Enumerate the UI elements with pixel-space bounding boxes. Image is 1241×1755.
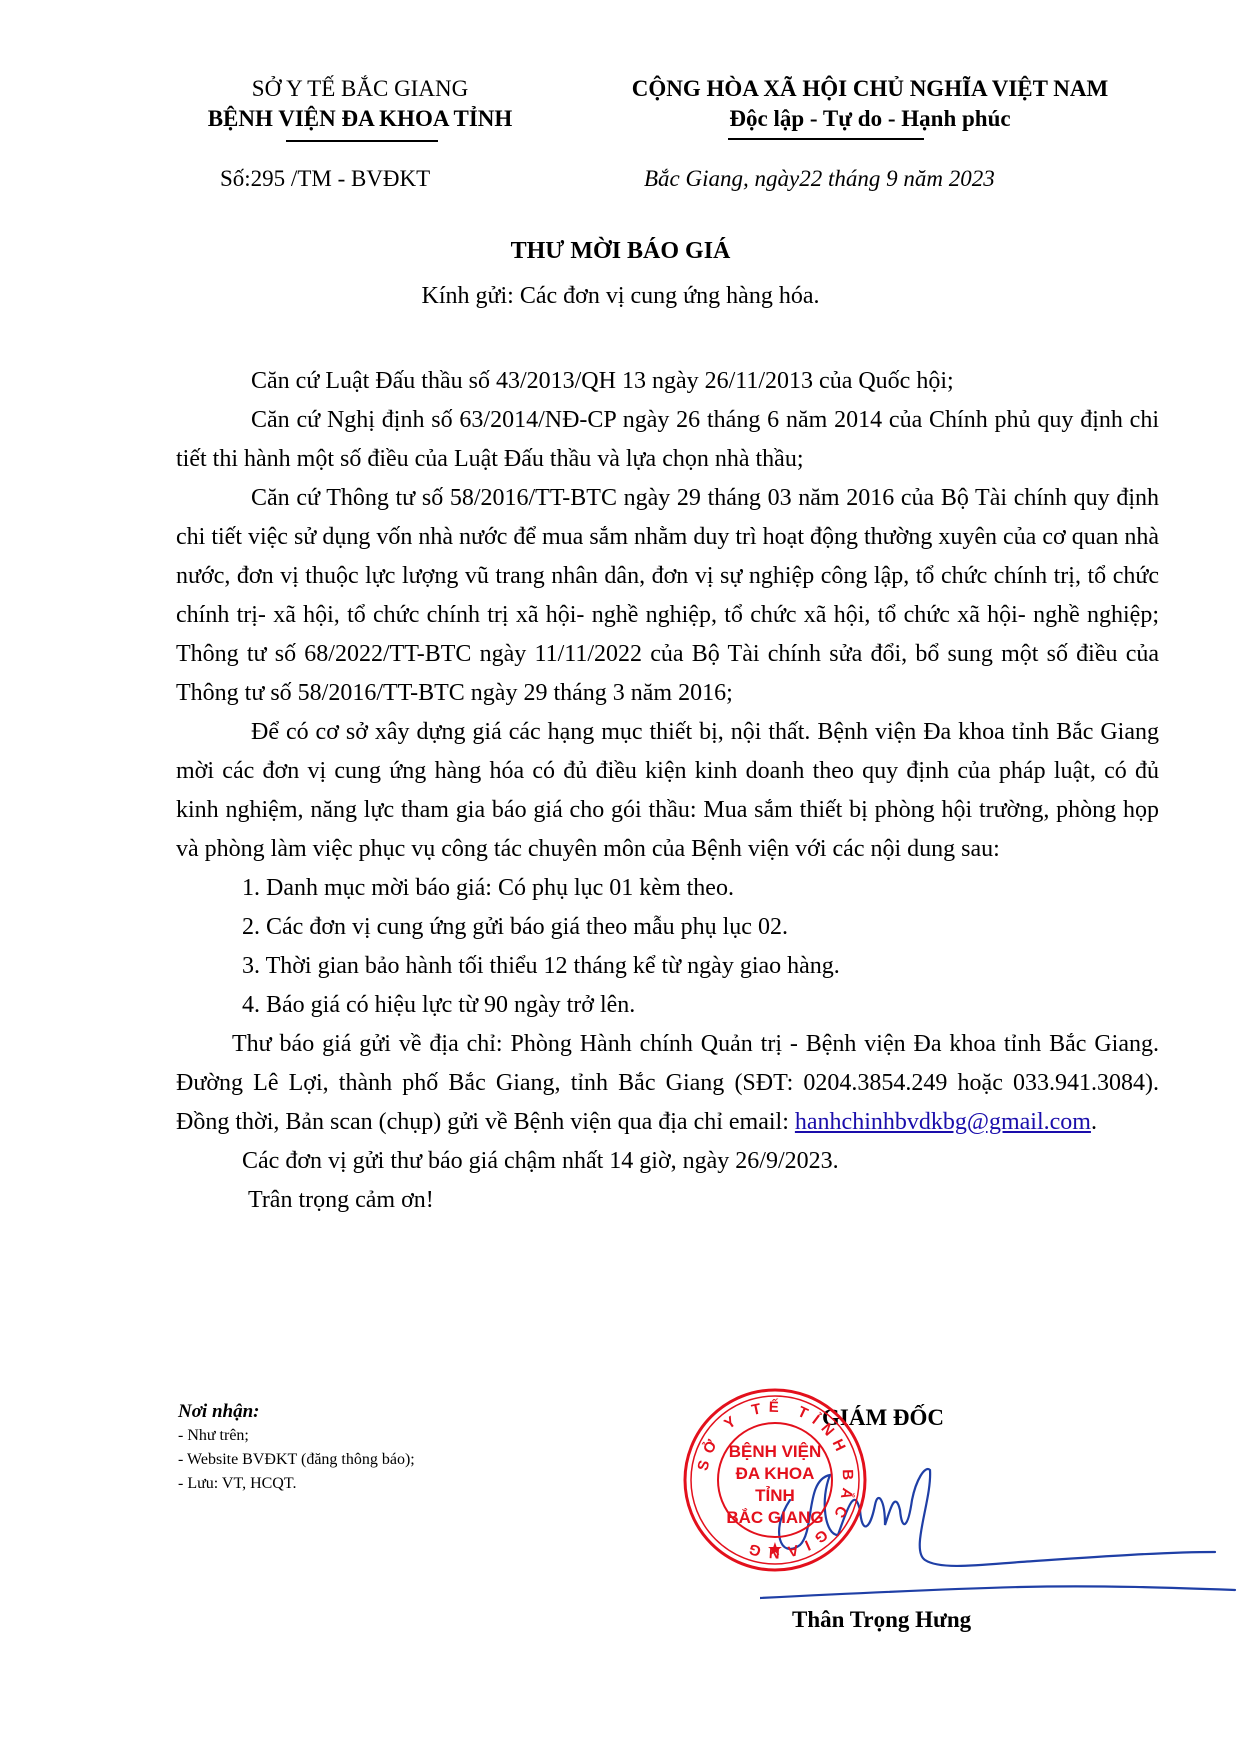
svg-text:BẮC GIANG: BẮC GIANG	[726, 1508, 823, 1527]
national-motto: Độc lập - Tự do - Hạnh phúc	[590, 104, 1150, 134]
organization-name: BỆNH VIỆN ĐA KHOA TỈNH	[150, 104, 570, 134]
agency-name: SỞ Y TẾ BẮC GIANG	[150, 74, 570, 104]
legal-basis-3: Căn cứ Thông tư số 58/2016/TT-BTC ngày 2…	[176, 479, 1159, 713]
svg-text:TỈNH: TỈNH	[755, 1486, 795, 1505]
address-paragraph: Thư báo giá gửi về địa chỉ: Phòng Hành c…	[176, 1025, 1159, 1142]
signer-name: Thân Trọng Hưng	[792, 1607, 971, 1633]
legal-basis-2: Căn cứ Nghị định số 63/2014/NĐ-CP ngày 2…	[176, 401, 1159, 479]
email-link[interactable]: hanhchinhbvdkbg@gmail.com	[795, 1109, 1091, 1135]
recipient-item: - Lưu: VT, HCQT.	[178, 1472, 415, 1496]
list-item: 4. Báo giá có hiệu lực từ 90 ngày trở lê…	[176, 986, 1159, 1025]
document-title: THƯ MỜI BÁO GIÁ	[0, 238, 1241, 265]
legal-basis-1: Căn cứ Luật Đấu thầu số 43/2013/QH 13 ng…	[176, 362, 1159, 401]
list-item: 1. Danh mục mời báo giá: Có phụ lục 01 k…	[176, 869, 1159, 908]
place-date: Bắc Giang, ngày22 tháng 9 năm 2023	[644, 166, 995, 192]
svg-text:★: ★	[767, 1539, 783, 1559]
document-number: Số:295 /TM - BVĐKT	[220, 166, 430, 192]
motto-underline	[728, 138, 924, 140]
nation-name: CỘNG HÒA XÃ HỘI CHỦ NGHĨA VIỆT NAM	[590, 74, 1150, 104]
organization-underline	[286, 140, 438, 142]
svg-text:BỆNH VIỆN: BỆNH VIỆN	[729, 1442, 822, 1461]
addressee: Kính gửi: Các đơn vị cung ứng hàng hóa.	[0, 283, 1241, 310]
header-right: CỘNG HÒA XÃ HỘI CHỦ NGHĨA VIỆT NAM Độc l…	[590, 74, 1150, 134]
letter-body: Căn cứ Luật Đấu thầu số 43/2013/QH 13 ng…	[176, 362, 1159, 1220]
list-item: 2. Các đơn vị cung ứng gửi báo giá theo …	[176, 908, 1159, 947]
email-suffix: .	[1091, 1109, 1097, 1135]
recipients-label: Nơi nhận:	[178, 1400, 415, 1424]
list-item: 3. Thời gian bảo hành tối thiểu 12 tháng…	[176, 947, 1159, 986]
deadline: Các đơn vị gửi thư báo giá chậm nhất 14 …	[176, 1142, 1159, 1181]
recipients: Nơi nhận: - Như trên; - Website BVĐKT (đ…	[178, 1400, 415, 1496]
header-left: SỞ Y TẾ BẮC GIANG BỆNH VIỆN ĐA KHOA TỈNH	[150, 74, 570, 134]
official-stamp: SỞ Y TẾ TỈNH BẮC GIANG BỆNH VIỆN ĐA KHOA…	[680, 1385, 870, 1575]
closing: Trân trọng cảm ơn!	[176, 1181, 1159, 1220]
svg-text:ĐA KHOA: ĐA KHOA	[736, 1464, 815, 1483]
recipient-item: - Như trên;	[178, 1424, 415, 1448]
invitation-paragraph: Để có cơ sở xây dựng giá các hạng mục th…	[176, 713, 1159, 869]
recipient-item: - Website BVĐKT (đăng thông báo);	[178, 1448, 415, 1472]
